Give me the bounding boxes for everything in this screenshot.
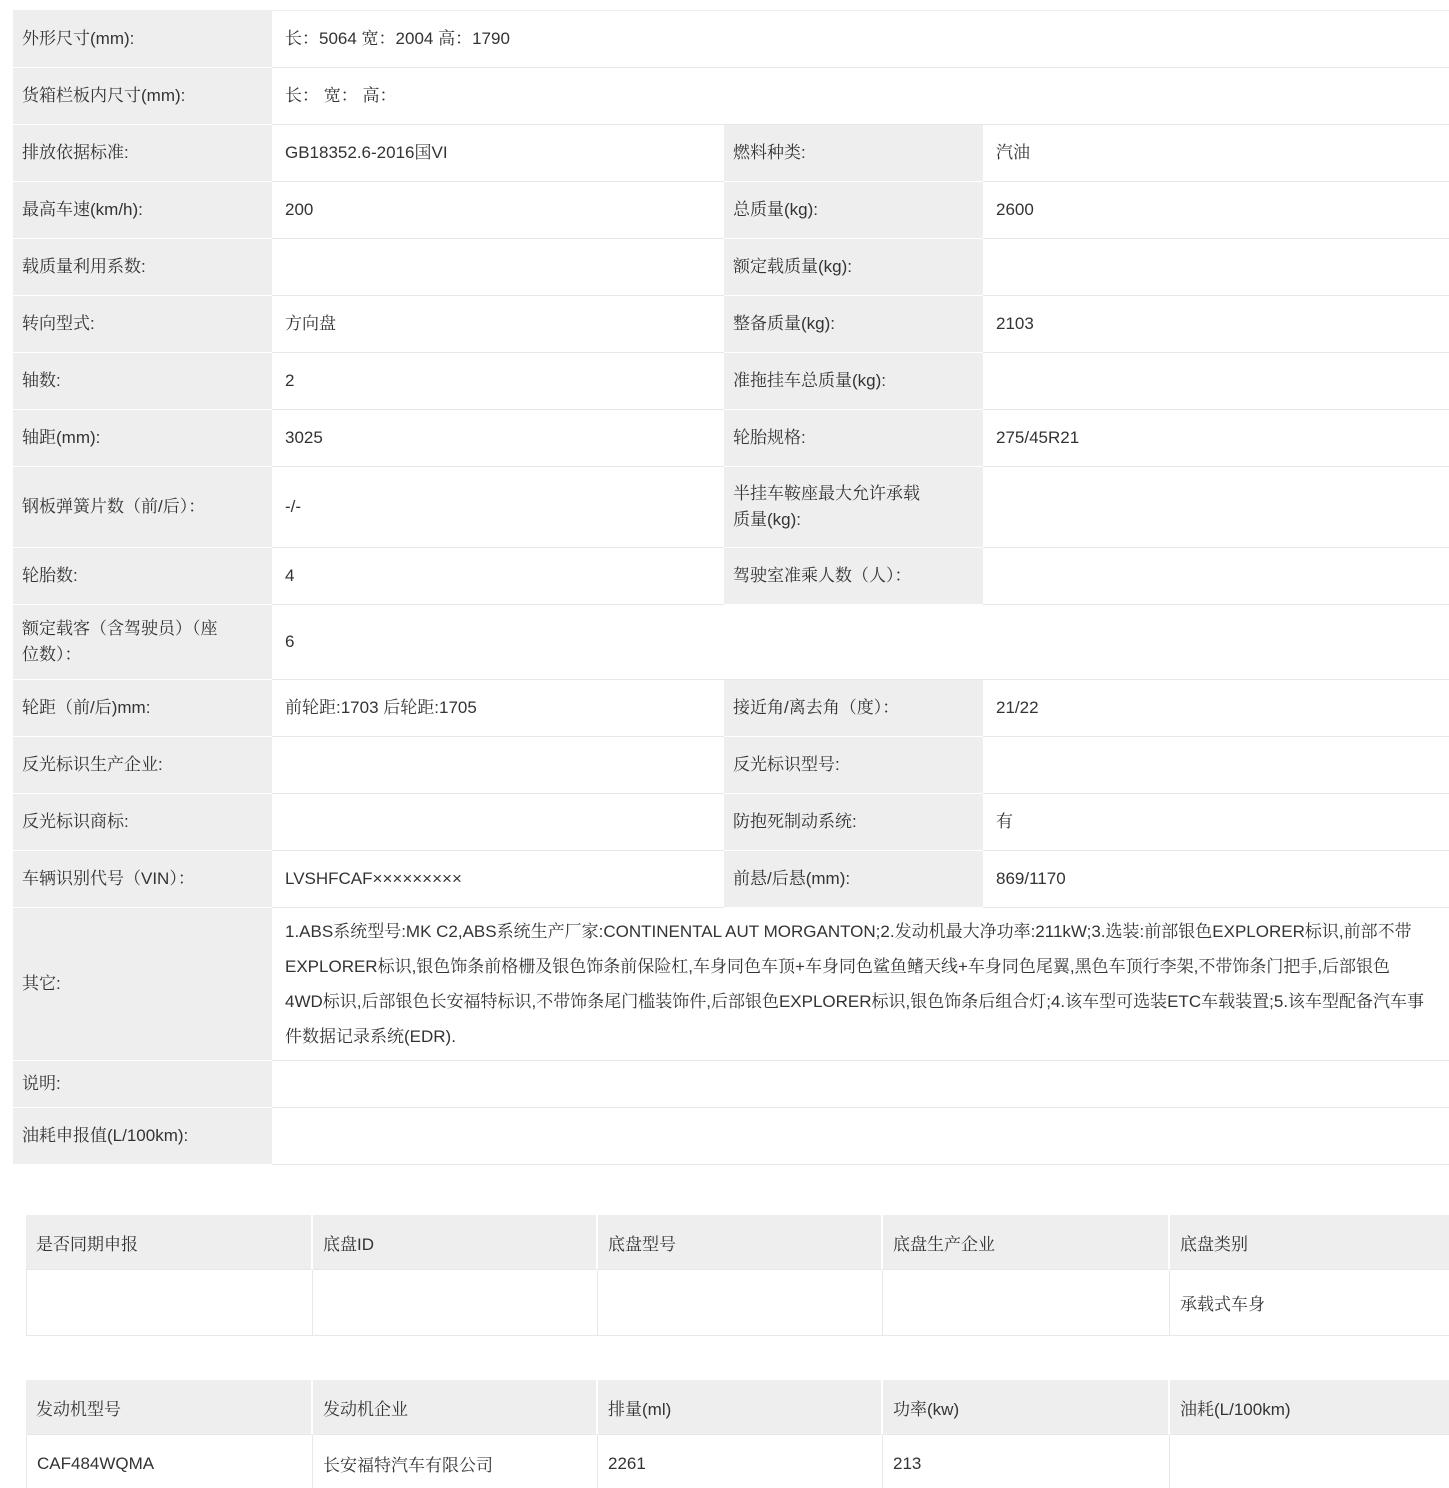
- spec-label: 轮距（前/后)mm:: [13, 680, 272, 737]
- spec-label: 额定载质量(kg):: [724, 239, 983, 296]
- spec-value: GB18352.6-2016国VI: [272, 125, 724, 182]
- spec-label: 反光标识型号:: [724, 737, 983, 794]
- spec-label: 排放依据标准:: [13, 125, 272, 182]
- column-header: 底盘型号: [598, 1215, 883, 1270]
- column-header: 功率(kw): [883, 1380, 1170, 1435]
- column-header: 油耗(L/100km): [1170, 1380, 1449, 1435]
- spec-label: 反光标识商标:: [13, 794, 272, 851]
- spec-value: [983, 548, 1449, 605]
- column-header: 底盘ID: [313, 1215, 598, 1270]
- spec-label: 轮胎规格:: [724, 410, 983, 467]
- spec-label: 前悬/后悬(mm):: [724, 851, 983, 908]
- spec-label: 油耗申报值(L/100km):: [13, 1108, 272, 1165]
- spec-value: 2: [272, 353, 724, 410]
- spec-value: 21/22: [983, 680, 1449, 737]
- spec-value: [272, 1061, 1449, 1108]
- spec-value: 前轮距:1703 后轮距:1705: [272, 680, 724, 737]
- chassis-data-row: 承载式车身: [26, 1270, 1449, 1336]
- spec-value: 275/45R21: [983, 410, 1449, 467]
- engine-header-row: 发动机型号 发动机企业 排量(ml) 功率(kw) 油耗(L/100km): [26, 1380, 1449, 1435]
- chassis-table: 是否同期申报 底盘ID 底盘型号 底盘生产企业 底盘类别 承载式车身: [26, 1215, 1449, 1336]
- spec-value: 长：5064 宽：2004 高：1790: [272, 11, 1449, 68]
- spec-label: 轮胎数:: [13, 548, 272, 605]
- spec-value: 3025: [272, 410, 724, 467]
- column-header: 发动机型号: [26, 1380, 313, 1435]
- spec-label: 轴距(mm):: [13, 410, 272, 467]
- spec-row: 货箱栏板内尺寸(mm): 长： 宽： 高：: [13, 68, 1449, 125]
- spec-row: 轮胎数: 4 驾驶室准乘人数（人）：: [13, 548, 1449, 605]
- spec-label: 准拖挂车总质量(kg):: [724, 353, 983, 410]
- spec-label: 整备质量(kg):: [724, 296, 983, 353]
- spec-row: 反光标识商标: 防抱死制动系统: 有: [13, 794, 1449, 851]
- spec-row: 反光标识生产企业: 反光标识型号:: [13, 737, 1449, 794]
- table-cell: 213: [883, 1435, 1170, 1488]
- spec-row: 说明:: [13, 1061, 1449, 1108]
- spec-label: 转向型式:: [13, 296, 272, 353]
- spec-value-other-notes: 1.ABS系统型号:MK C2,ABS系统生产厂家:CONTINENTAL AU…: [272, 908, 1449, 1061]
- spec-label: 载质量利用系数:: [13, 239, 272, 296]
- spec-row: 钢板弹簧片数（前/后）： -/- 半挂车鞍座最大允许承载质量(kg):: [13, 467, 1449, 548]
- table-cell: 承载式车身: [1170, 1270, 1449, 1336]
- spec-label: 钢板弹簧片数（前/后）：: [13, 467, 272, 548]
- spec-value: 方向盘: [272, 296, 724, 353]
- spec-label: 防抱死制动系统:: [724, 794, 983, 851]
- column-header: 底盘生产企业: [883, 1215, 1170, 1270]
- spec-value: 汽油: [983, 125, 1449, 182]
- spec-label: 接近角/离去角（度）：: [724, 680, 983, 737]
- spec-value: [272, 1108, 1449, 1165]
- spec-row: 转向型式: 方向盘 整备质量(kg): 2103: [13, 296, 1449, 353]
- spec-label: 总质量(kg):: [724, 182, 983, 239]
- spec-row: 外形尺寸(mm): 长：5064 宽：2004 高：1790: [13, 11, 1449, 68]
- spec-value-vin: LVSHFCAF×××××××××: [272, 851, 724, 908]
- spec-value: [272, 239, 724, 296]
- spec-label: 说明:: [13, 1061, 272, 1108]
- spec-value: [983, 737, 1449, 794]
- spec-value: 4: [272, 548, 724, 605]
- spec-label: 其它:: [13, 908, 272, 1061]
- spec-label: 燃料种类:: [724, 125, 983, 182]
- spec-value: -/-: [272, 467, 724, 548]
- spec-label: 半挂车鞍座最大允许承载质量(kg):: [724, 467, 983, 548]
- spec-label: 车辆识别代号（VIN）：: [13, 851, 272, 908]
- spec-value: 长： 宽： 高：: [272, 68, 1449, 125]
- page: 外形尺寸(mm): 长：5064 宽：2004 高：1790 货箱栏板内尺寸(m…: [0, 0, 1449, 1488]
- spec-value: [983, 353, 1449, 410]
- spec-row: 最高车速(km/h): 200 总质量(kg): 2600: [13, 182, 1449, 239]
- table-cell: [1170, 1435, 1449, 1488]
- spec-label: 反光标识生产企业:: [13, 737, 272, 794]
- spec-value: [272, 737, 724, 794]
- spec-label: 轴数:: [13, 353, 272, 410]
- spec-row: 额定载客（含驾驶员）（座位数）： 6: [13, 605, 1449, 680]
- spec-row: 载质量利用系数: 额定载质量(kg):: [13, 239, 1449, 296]
- table-cell: CAF484WQMA: [26, 1435, 313, 1488]
- spec-value: [272, 794, 724, 851]
- spec-value: 869/1170: [983, 851, 1449, 908]
- spec-row: 轮距（前/后)mm: 前轮距:1703 后轮距:1705 接近角/离去角（度）：…: [13, 680, 1449, 737]
- spec-label: 驾驶室准乘人数（人）：: [724, 548, 983, 605]
- chassis-header-row: 是否同期申报 底盘ID 底盘型号 底盘生产企业 底盘类别: [26, 1215, 1449, 1270]
- column-header: 排量(ml): [598, 1380, 883, 1435]
- engine-data-row: CAF484WQMA 长安福特汽车有限公司 2261 213: [26, 1435, 1449, 1488]
- spec-label: 最高车速(km/h):: [13, 182, 272, 239]
- spec-label: 货箱栏板内尺寸(mm):: [13, 68, 272, 125]
- spec-row: 排放依据标准: GB18352.6-2016国VI 燃料种类: 汽油: [13, 125, 1449, 182]
- spec-value: 6: [272, 605, 1449, 680]
- spec-row: 车辆识别代号（VIN）： LVSHFCAF××××××××× 前悬/后悬(mm)…: [13, 851, 1449, 908]
- column-header: 发动机企业: [313, 1380, 598, 1435]
- table-cell: 长安福特汽车有限公司: [313, 1435, 598, 1488]
- spec-value: [983, 239, 1449, 296]
- spec-row: 轴距(mm): 3025 轮胎规格: 275/45R21: [13, 410, 1449, 467]
- spec-label: 额定载客（含驾驶员）（座位数）：: [13, 605, 272, 680]
- table-cell: 2261: [598, 1435, 883, 1488]
- spec-row: 油耗申报值(L/100km):: [13, 1108, 1449, 1165]
- table-cell: [313, 1270, 598, 1336]
- spec-row-other: 其它: 1.ABS系统型号:MK C2,ABS系统生产厂家:CONTINENTA…: [13, 908, 1449, 1061]
- spec-row: 轴数: 2 准拖挂车总质量(kg):: [13, 353, 1449, 410]
- column-header: 底盘类别: [1170, 1215, 1449, 1270]
- table-cell: [26, 1270, 313, 1336]
- spec-value: 200: [272, 182, 724, 239]
- spec-value: 2103: [983, 296, 1449, 353]
- engine-table: 发动机型号 发动机企业 排量(ml) 功率(kw) 油耗(L/100km) CA…: [26, 1380, 1449, 1488]
- spec-value: [983, 467, 1449, 548]
- spec-value: 有: [983, 794, 1449, 851]
- table-cell: [598, 1270, 883, 1336]
- spec-label: 外形尺寸(mm):: [13, 11, 272, 68]
- column-header: 是否同期申报: [26, 1215, 313, 1270]
- table-cell: [883, 1270, 1170, 1336]
- spec-value: 2600: [983, 182, 1449, 239]
- vehicle-spec-table: 外形尺寸(mm): 长：5064 宽：2004 高：1790 货箱栏板内尺寸(m…: [13, 10, 1449, 1165]
